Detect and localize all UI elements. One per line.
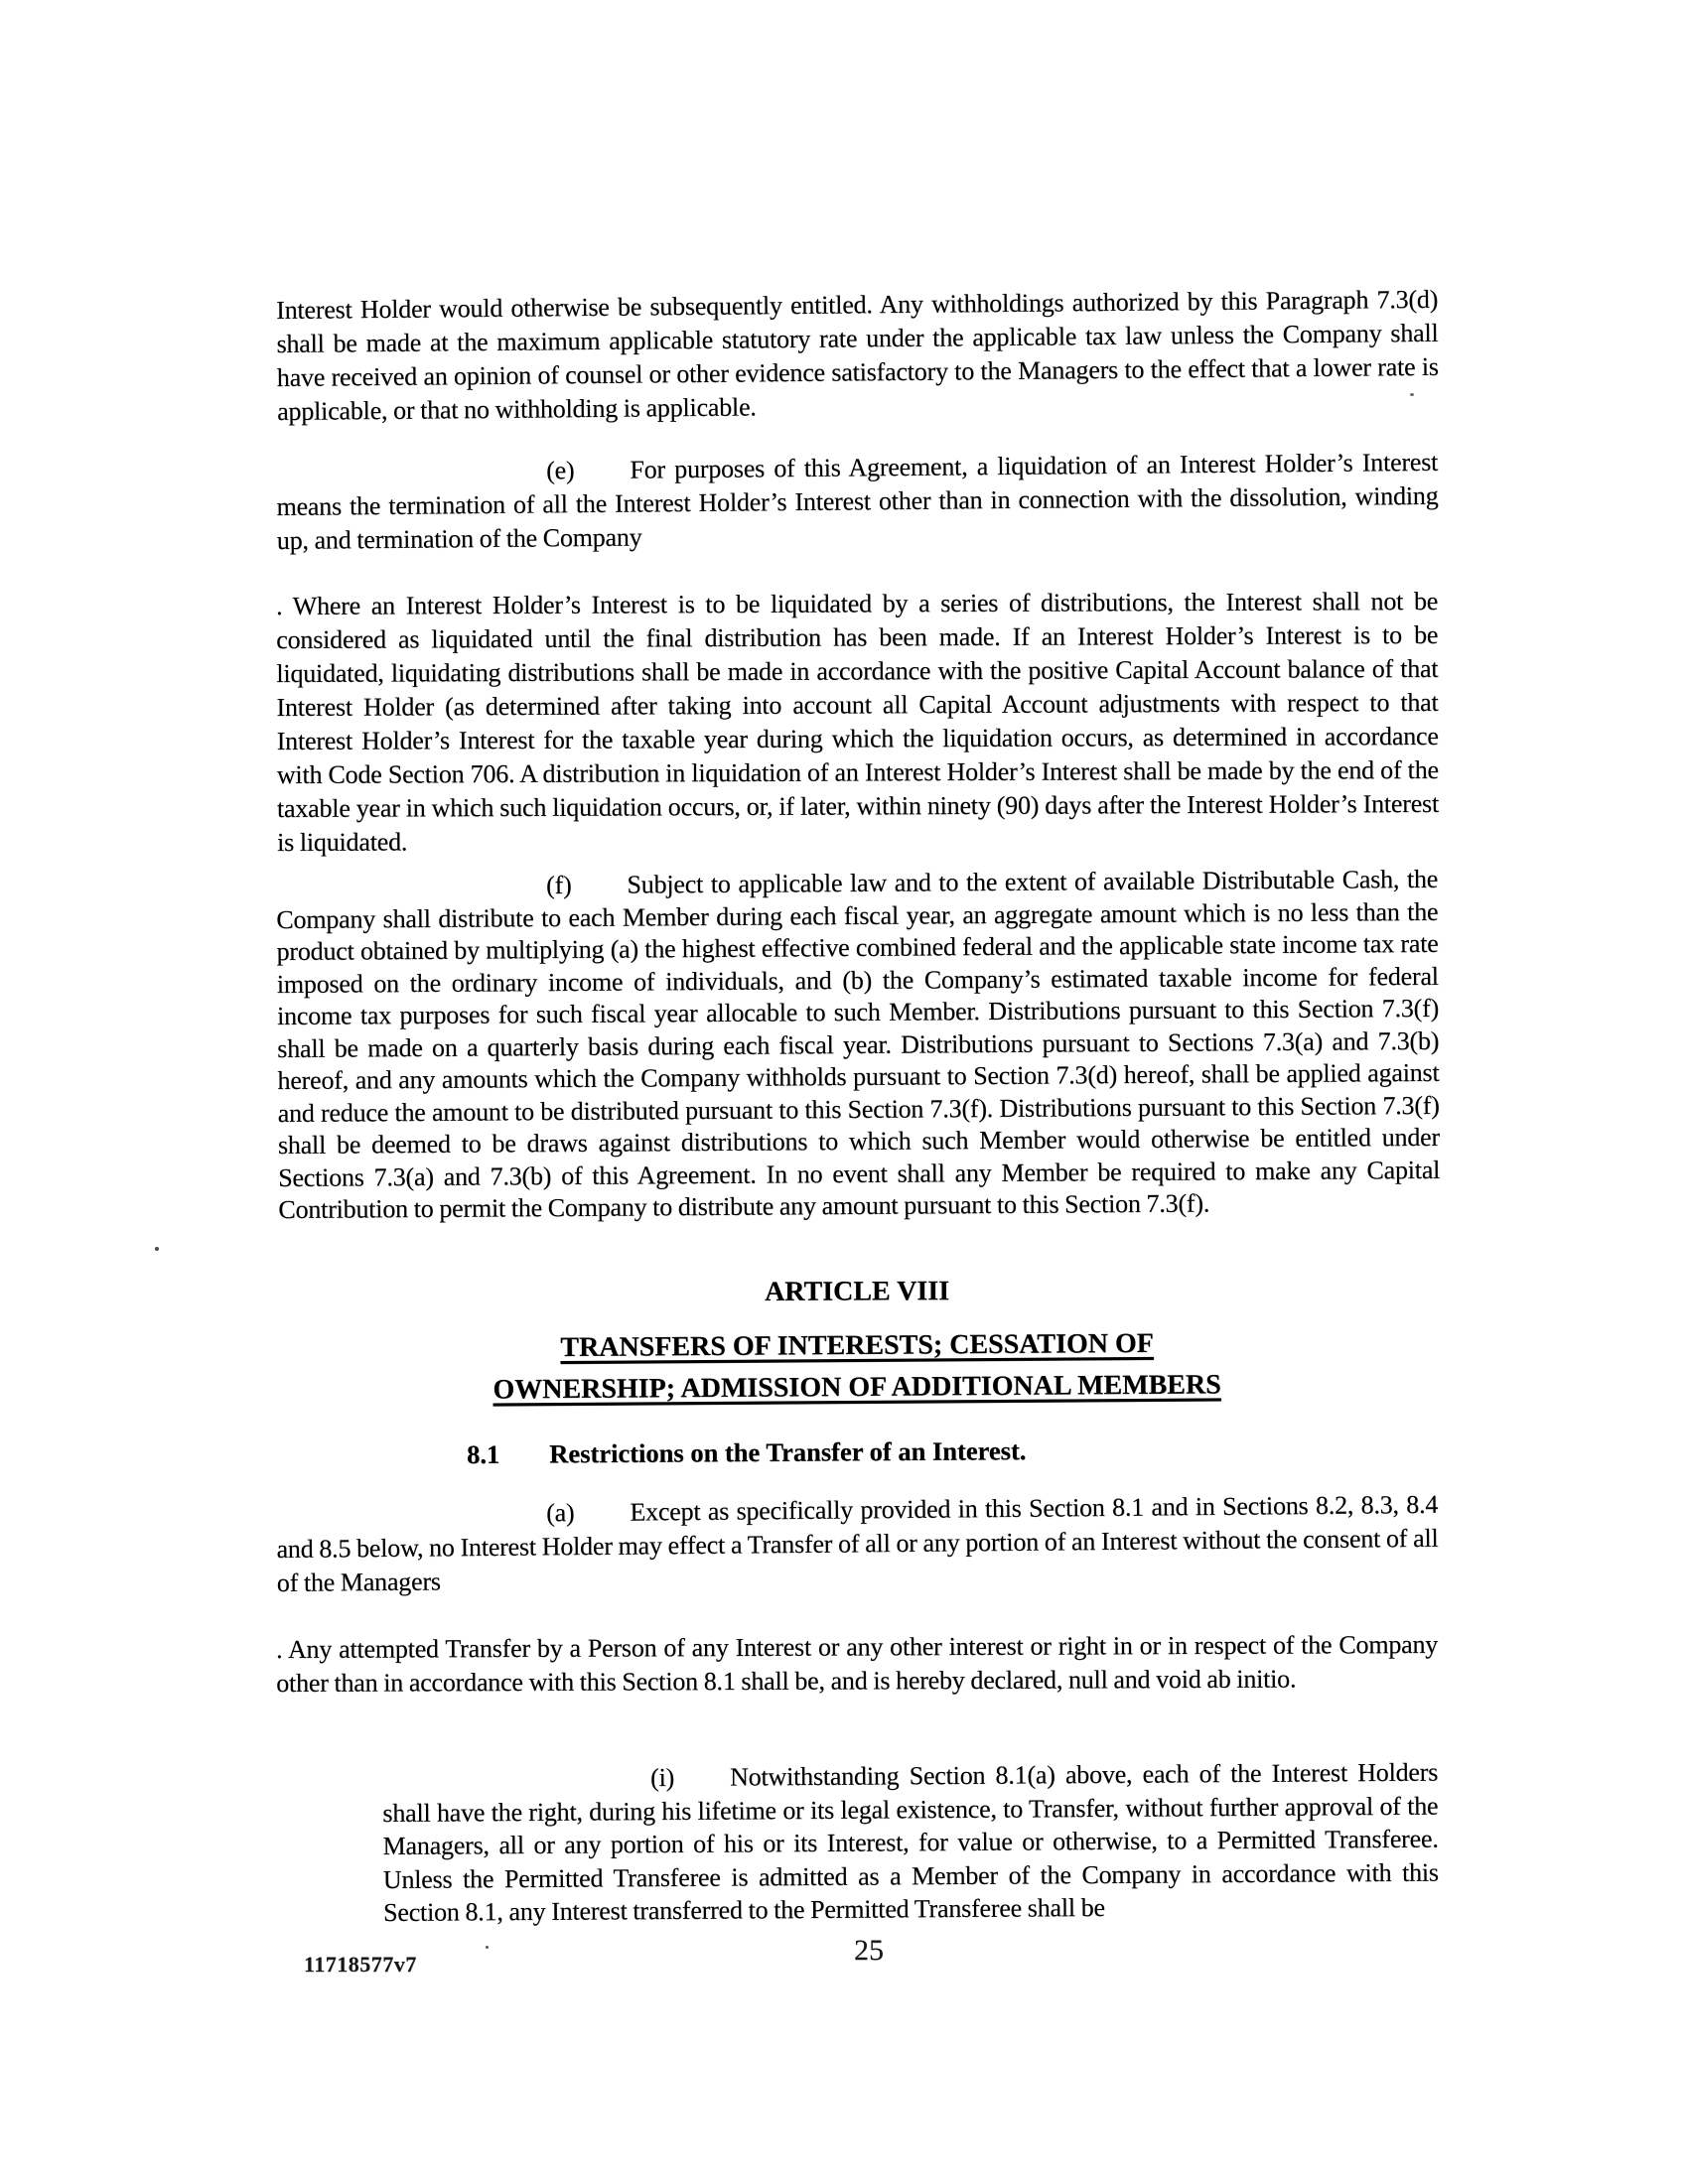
footer-doc-id: 11718577v7 — [304, 1952, 417, 1978]
paragraph-f: (f)Subject to applicable law and to the … — [276, 864, 1440, 1227]
section-8-1-title: Restrictions on the Transfer of an Inter… — [549, 1435, 1026, 1468]
section-8-1-number: 8.1 — [467, 1438, 549, 1469]
page-number: 25 — [854, 1934, 884, 1968]
paragraph-e-label: (e) — [546, 456, 631, 485]
paragraph-e: (e)For purposes of this Agreement, a liq… — [276, 446, 1439, 558]
scan-artifact-dot — [1410, 393, 1414, 396]
section-8-1-heading: 8.1Restrictions on the Transfer of an In… — [467, 1433, 1440, 1470]
paragraph-f-label: (f) — [546, 871, 628, 900]
paragraph-liquidation-series: . Where an Interest Holder’s Interest is… — [276, 585, 1439, 860]
article-viii-title-line1-text: TRANSFERS OF INTERESTS; CESSATION OF — [560, 1328, 1154, 1363]
document-page: Interest Holder would otherwise be subse… — [0, 0, 1688, 2184]
paragraph-i-text: Notwithstanding Section 8.1(a) above, ea… — [382, 1758, 1439, 1927]
paragraph-e-text: For purposes of this Agreement, a liquid… — [276, 448, 1438, 555]
article-viii-title-line2: OWNERSHIP; ADMISSION OF ADDITIONAL MEMBE… — [276, 1368, 1438, 1408]
paragraph-null-void: . Any attempted Transfer by a Person of … — [276, 1628, 1438, 1701]
paragraph-i-label: (i) — [650, 1763, 730, 1793]
paragraph-withholding: Interest Holder would otherwise be subse… — [276, 283, 1439, 429]
scan-artifact-dot — [155, 1247, 159, 1251]
scanned-text-layer: Interest Holder would otherwise be subse… — [0, 0, 1688, 2184]
article-viii-title-line2-text: OWNERSHIP; ADMISSION OF ADDITIONAL MEMBE… — [492, 1369, 1220, 1405]
paragraph-a: (a)Except as specifically provided in th… — [276, 1488, 1439, 1600]
article-viii-title-line1: TRANSFERS OF INTERESTS; CESSATION OF — [276, 1326, 1438, 1366]
article-viii-heading: ARTICLE VIII — [276, 1274, 1438, 1310]
paragraph-f-text: Subject to applicable law and to the ext… — [276, 865, 1440, 1224]
paragraph-a-text: Except as specifically provided in this … — [276, 1490, 1438, 1597]
paragraph-i: (i)Notwithstanding Section 8.1(a) above,… — [382, 1756, 1439, 1930]
scan-artifact-dot — [486, 1946, 489, 1949]
paragraph-a-label: (a) — [546, 1498, 631, 1528]
